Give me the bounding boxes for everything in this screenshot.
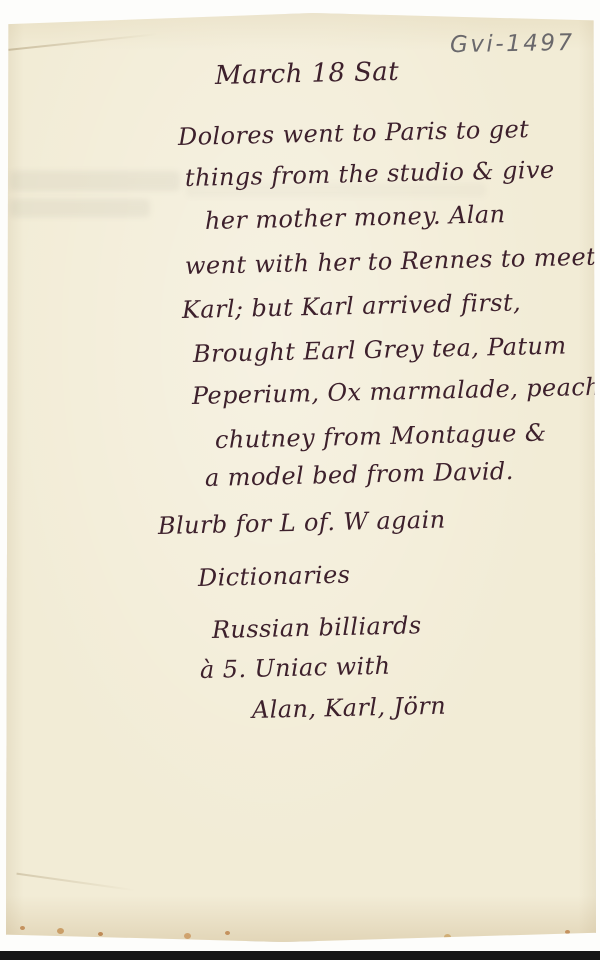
bleedthrough-ghost <box>10 171 180 191</box>
note-line: Alan, Karl, Jörn <box>252 692 447 724</box>
note-line: Peperium, Ox marmalade, peach <box>192 373 600 410</box>
note-line: her mother money. Alan <box>205 200 506 235</box>
note-line: chutney from Montague & <box>215 418 547 454</box>
bleedthrough-ghost <box>10 199 150 217</box>
paper-sheet: Gvi-1497 March 18 Sat Dolores went to Pa… <box>6 13 596 942</box>
note-line: Blurb for L of. W again <box>158 505 446 540</box>
scanner-bed-strip <box>0 951 600 960</box>
note-line: Russian billiards <box>212 611 422 644</box>
note-line: Dictionaries <box>198 561 351 592</box>
note-line: Karl; but Karl arrived first, <box>182 288 522 324</box>
date-heading: March 18 Sat <box>215 57 400 91</box>
note-line: Dolores went to Paris to get <box>178 115 530 151</box>
paper-crease <box>8 33 157 51</box>
foxing-spots <box>20 926 25 930</box>
catalog-number: Gvi-1497 <box>450 30 575 58</box>
note-line: things from the studio & give <box>185 156 555 192</box>
note-line: went with her to Rennes to meet <box>185 243 597 280</box>
note-line: Brought Earl Grey tea, Patum <box>193 332 567 368</box>
note-line: à 5. Uniac with <box>200 652 391 684</box>
scanned-document: Gvi-1497 March 18 Sat Dolores went to Pa… <box>0 0 600 960</box>
paper-crease <box>16 873 135 892</box>
note-line: a model bed from David. <box>205 457 514 492</box>
